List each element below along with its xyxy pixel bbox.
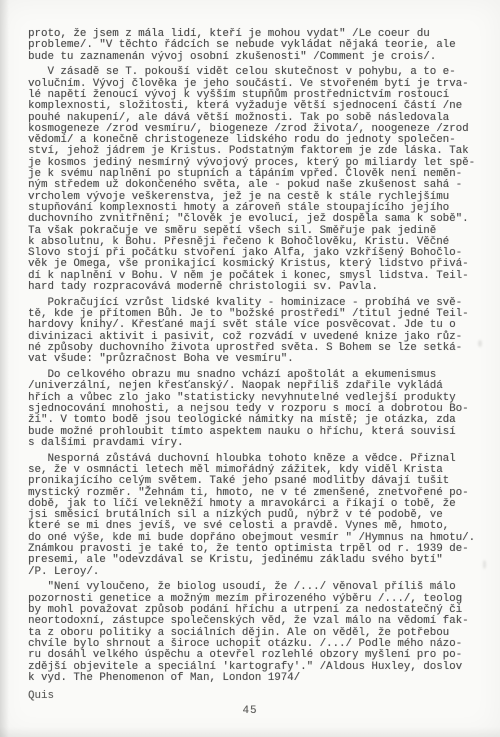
paragraph-continuation: proto, že jsem z mála lidí, kteří je moh…: [28, 29, 475, 63]
scan-smudge: [478, 340, 482, 347]
paragraph-mystika: Nesporná zůstává duchovní hloubka tohoto…: [28, 454, 475, 578]
footer-author-mark: Quis: [28, 690, 54, 702]
paragraph-ekumenismus: Do celkového obrazu mu snadno vchází apo…: [28, 370, 475, 449]
scan-edge-shadow-left: [0, 0, 9, 737]
document-body: proto, že jsem z mála lidí, kteří je moh…: [28, 29, 475, 684]
paragraph-hominizace: Pokračující vzrůst lidské kvality - homi…: [28, 298, 475, 366]
paragraph-evolution: V zásadě se T. pokouší vidět celou skute…: [28, 67, 475, 293]
paragraph-huxley-quote: "Není vyloučeno, že biolog usoudí, že /.…: [28, 582, 475, 684]
page-number: 45: [0, 705, 500, 717]
scan-edge-shadow-bottom: [0, 727, 500, 737]
scanned-page: proto, že jsem z mála lidí, kteří je moh…: [0, 0, 500, 737]
scan-smudge: [483, 560, 486, 569]
